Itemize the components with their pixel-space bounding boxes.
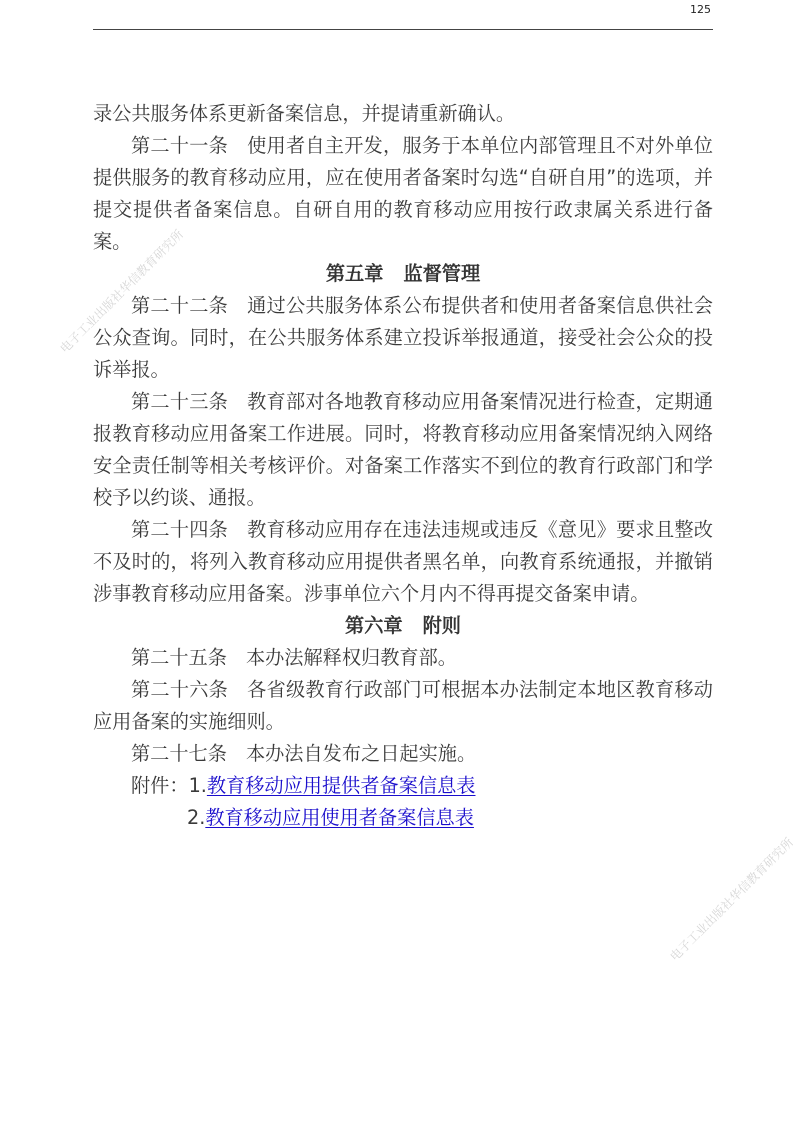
article-text: 本办法解释权归教育部。 [246,646,457,669]
article-number: 第二十四条 [131,518,228,541]
attachment-1: 附件：1.教育移动应用提供者备案信息表 [93,770,713,802]
article-text: 本办法自发布之日起实施。 [246,742,476,765]
article-24: 第二十四条教育移动应用存在违法违规或违反《意见》要求且整改不及时的，将列入教育移… [93,514,713,610]
chapter-5-heading: 第五章监督管理 [93,258,713,290]
chapter-title: 附则 [423,614,461,637]
article-25: 第二十五条本办法解释权归教育部。 [93,642,713,674]
article-number: 第二十三条 [131,390,228,413]
attachment-2: 2.教育移动应用使用者备案信息表 [93,802,713,834]
paragraph-continued: 录公共服务体系更新备案信息，并提请重新确认。 [93,98,713,130]
article-21: 第二十一条使用者自主开发，服务于本单位内部管理且不对外单位提供服务的教育移动应用… [93,130,713,258]
chapter-number: 第六章 [345,614,403,637]
article-number: 第二十五条 [131,646,227,669]
page-number: 125 [690,3,711,16]
article-number: 第二十一条 [131,134,228,157]
chapter-6-heading: 第六章附则 [93,610,713,642]
watermark-right: 电子工业出版社华信教育研究所 [666,834,793,965]
attachments-label: 附件： [131,774,189,797]
article-27: 第二十七条本办法自发布之日起实施。 [93,738,713,770]
article-23: 第二十三条教育部对各地教育移动应用备案情况进行检查，定期通报教育移动应用备案工作… [93,386,713,514]
attachment-index: 1. [189,774,207,797]
attachment-link-user-form[interactable]: 教育移动应用使用者备案信息表 [205,806,474,829]
chapter-number: 第五章 [326,262,384,285]
article-number: 第二十二条 [131,294,228,317]
article-number: 第二十七条 [131,742,227,765]
attachment-link-provider-form[interactable]: 教育移动应用提供者备案信息表 [207,774,476,797]
document-body: 录公共服务体系更新备案信息，并提请重新确认。 第二十一条使用者自主开发，服务于本… [93,98,713,834]
attachment-index: 2. [187,806,205,829]
chapter-title: 监督管理 [403,262,480,285]
header-rule [93,29,713,30]
article-26: 第二十六条各省级教育行政部门可根据本办法制定本地区教育移动应用备案的实施细则。 [93,674,713,738]
article-22: 第二十二条通过公共服务体系公布提供者和使用者备案信息供社会公众查询。同时，在公共… [93,290,713,386]
article-number: 第二十六条 [131,678,228,701]
